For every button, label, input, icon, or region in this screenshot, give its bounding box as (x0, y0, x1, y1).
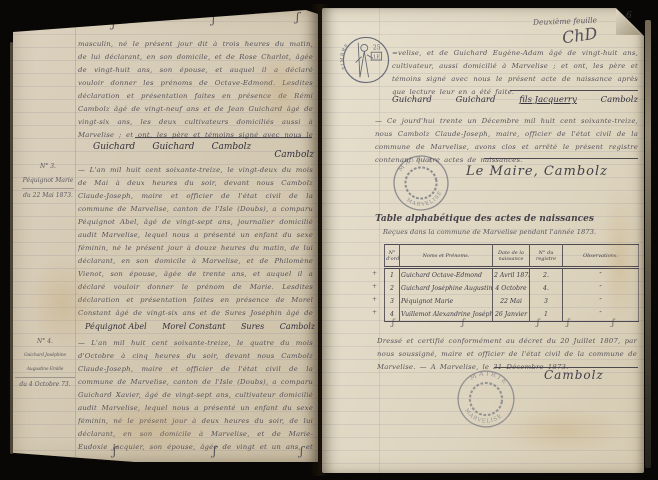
flourish-mark: ʃ (462, 318, 464, 327)
signature: Guichard (93, 142, 135, 152)
paragraph-end-rule (484, 158, 638, 159)
table-title: Table alphabétique des actes de naissanc… (367, 214, 602, 224)
row-check-mark: + (372, 309, 377, 316)
folio-number: 6 (626, 11, 632, 21)
table-row: 1 Guichard Octave-Edmond 2 Avril 1873 2.… (385, 268, 639, 283)
acte-name: Péquignot Marie (22, 174, 74, 189)
margin-rule-line (75, 8, 76, 462)
margin-note-acte-3: N° 3. Péquignot Marie du 22 Mai 1873. (22, 160, 74, 203)
row-check-mark: + (372, 296, 377, 303)
signature: Cambolz (601, 95, 638, 105)
table-subtitle: Reçues dans la commune de Marvelise pend… (347, 228, 632, 236)
signature: Guichard (456, 95, 496, 105)
flourish-mark: ʃ (300, 444, 303, 458)
acte-number: N° 3. (40, 163, 56, 170)
paper-stain (253, 48, 308, 133)
timbre-label: TIMBRE (340, 42, 351, 70)
signature: Sures (241, 322, 264, 331)
mayor-signature: Le Maire, Cambolz (437, 164, 637, 179)
paper-stain (602, 188, 637, 328)
flourish-mark: ʃ (537, 318, 539, 327)
flourish-mark: ʃ (296, 10, 299, 24)
flourish-mark: ʃ (392, 318, 394, 327)
col-birth-date: Date de la naissance (493, 245, 530, 268)
table-row: 4 Vuillemot Alexandrine Joséphine Adolph… (385, 308, 639, 322)
row-check-mark: + (372, 270, 377, 277)
table-row: 2 Guichard Joséphine Augustine Emilie 4 … (385, 282, 639, 295)
signature: fils Jacquerry (519, 95, 577, 105)
register-left-page: ʃ ʃ ʃ masculin, né le présent jour dit à… (13, 8, 318, 462)
flourish-mark: ʃ (112, 16, 115, 30)
row-check-mark: + (372, 283, 377, 290)
acte-3-text: — L'an mil huit cent soixante-treize, le… (78, 164, 313, 320)
signature: Cambolz (274, 150, 314, 160)
signature: Guichard (392, 95, 432, 105)
acte-4-signatures: Guichard Guichard fils Jacquerry Cambolz (392, 95, 638, 105)
signature: Guichard (152, 142, 194, 152)
paragraph-end-rule (510, 90, 638, 91)
col-names: Noms et Prénoms. (400, 245, 493, 268)
signature: Cambolz (280, 322, 315, 331)
timbre-denomination: 1F. (373, 54, 381, 60)
signature: Morel Constant (162, 322, 225, 331)
acte-2-signatures: Guichard Guichard Cambolz Cambolz (93, 142, 308, 152)
flourish-mark: ʃ (567, 318, 569, 327)
col-order-number: N° d'ordre (385, 245, 400, 268)
signature: Péquignot Abel (85, 322, 147, 331)
col-register-number: N° du registre (530, 245, 563, 268)
births-index-table: N° d'ordre Noms et Prénoms. Date de la n… (384, 244, 639, 322)
document-scan: ʃ ʃ ʃ masculin, né le présent jour dit à… (0, 0, 658, 480)
table-header-row: N° d'ordre Noms et Prénoms. Date de la n… (385, 245, 639, 268)
certification-signature: Cambolz (544, 368, 604, 382)
acte-date: du 4 Octobre 73. (19, 381, 70, 388)
register-right-page: Deuxième feuille 6 ChD TIMBRE 25 1F. =ve… (322, 8, 644, 473)
svg-text:TIMBRE: TIMBRE (340, 42, 351, 70)
acte-name: Guichard Joséphine Augustine Emilie (15, 349, 75, 378)
timbre-value: 25 (373, 45, 381, 52)
paper-stain (83, 398, 213, 458)
acte-date: du 22 Mai 1873. (23, 192, 73, 199)
paper-stain (502, 408, 622, 453)
signature: Cambolz (212, 142, 252, 152)
paragraph-end-rule (135, 137, 312, 138)
timbre-revenue-stamp: TIMBRE 25 1F. (340, 34, 392, 86)
acte-3-signatures: Péquignot Abel Morel Constant Sures Camb… (85, 322, 315, 331)
paper-stain (28, 258, 98, 348)
flourish-mark: ʃ (213, 444, 216, 458)
verification-paraph: ChD (561, 24, 599, 48)
table-row: 3 Péquignot Marie 22 Mai 3 ″ (385, 295, 639, 308)
acte-4-continuation-text: =velise, et de Guichard Eugène-Adam âgé … (392, 47, 638, 99)
page-stack-edge (645, 20, 651, 468)
page-stack-edge-left (10, 42, 13, 454)
flourish-mark: ʃ (212, 12, 215, 26)
